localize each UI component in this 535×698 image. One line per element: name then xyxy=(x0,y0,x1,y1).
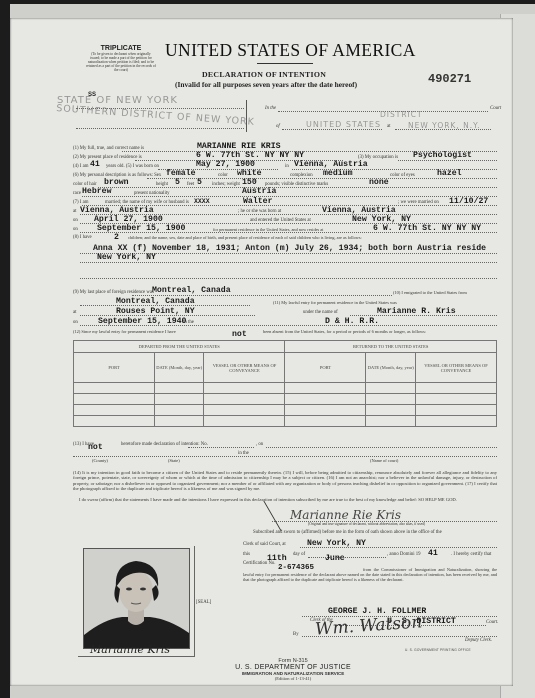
color-value: white xyxy=(237,169,262,178)
birth-date-value: May 27, 1900 xyxy=(196,160,255,169)
col-date-departed: DATE (Month, day, year) xyxy=(155,353,204,383)
printer-label: U. S. GOVERNMENT PRINTING OFFICE xyxy=(405,648,471,652)
signature-stroke xyxy=(223,501,281,531)
county-caption: (County) xyxy=(92,458,108,463)
q13-in-the-label: in the xyxy=(238,451,249,456)
q13-number-line xyxy=(188,447,254,448)
sex-value: female xyxy=(166,169,195,178)
foreign-line xyxy=(132,295,392,296)
department-label: U. S. DEPARTMENT OF JUSTICE xyxy=(228,664,358,671)
children-line-1: Anna XX (f) November 18, 1931; Anton (m)… xyxy=(93,244,486,253)
color-label: color xyxy=(218,173,228,178)
under-name-label: under the name of xyxy=(303,310,338,315)
of-label: of xyxy=(276,124,280,129)
photo-frame xyxy=(78,546,195,657)
stamp-court-city: NEW YORK, N.Y. xyxy=(408,121,481,130)
month-line xyxy=(308,557,386,558)
table-row xyxy=(74,383,497,394)
emigrated-line xyxy=(80,305,250,306)
travel-table: DEPARTED FROM THE UNITED STATES RETURNED… xyxy=(73,340,497,427)
at-label: at xyxy=(387,124,390,129)
full-name-value: MARIANNE RIE KRIS xyxy=(197,142,281,151)
stamp-district: SOUTHERN DISTRICT OF NEW YORK xyxy=(56,103,255,128)
spouse-entry-on-label: on xyxy=(73,227,78,232)
eyes-label: color of eyes xyxy=(390,173,415,178)
race-value: Hebrew xyxy=(82,187,111,196)
nationality-value: Austria xyxy=(242,187,276,196)
hair-value: brown xyxy=(104,178,129,187)
height-in-value: 5 xyxy=(197,178,202,187)
entry-port-line xyxy=(80,315,255,316)
complexion-value: medium xyxy=(323,169,352,178)
court-suffix-label: Court. xyxy=(486,620,498,625)
swear-paragraph: I do swear (affirm) that the statements … xyxy=(73,497,497,502)
venue-brace xyxy=(246,100,247,132)
q12-rest: been absent from the United States, for … xyxy=(263,329,426,334)
race-line xyxy=(82,196,497,197)
signature-caption: (Original and true signature of declaran… xyxy=(308,522,425,527)
this-label: this xyxy=(243,552,250,557)
q12-value: not xyxy=(232,330,247,339)
declaration-number: 490271 xyxy=(428,72,471,86)
copy-label: TRIPLICATE xyxy=(86,45,156,52)
cert-label: Certification No. xyxy=(243,561,276,566)
complexion-label: complexion xyxy=(290,173,313,178)
q4-label: (4) I am xyxy=(73,164,88,169)
eyes-value: hazel xyxy=(437,169,462,178)
col-port-returned: PORT xyxy=(285,353,366,383)
venue-line-1 xyxy=(76,108,244,109)
entry-date-line xyxy=(80,325,497,326)
day-of-label: day of xyxy=(293,552,305,557)
copy-note: (To be given to declarant when originall… xyxy=(86,52,156,72)
occupation-line xyxy=(398,160,497,161)
form-subtitle: DECLARATION OF INTENTION xyxy=(202,70,326,79)
entry-name-line xyxy=(350,315,497,316)
title-rule xyxy=(257,63,313,64)
in-the-label: In the xyxy=(265,106,276,111)
table-row xyxy=(74,416,497,427)
residence-value: 6 W. 77th St. NY NY NY xyxy=(196,151,304,160)
departed-header: DEPARTED FROM THE UNITED STATES xyxy=(74,341,285,353)
col-vessel-departed: VESSEL OR OTHER MEANS OF CONVEYANCE xyxy=(204,353,285,383)
col-port-departed: PORT xyxy=(74,353,155,383)
q13-on-label: , on xyxy=(256,442,263,447)
clerk-city-label: Clerk of said Court, at xyxy=(243,542,286,547)
copy-block: TRIPLICATE (To be given to declarant whe… xyxy=(86,45,156,72)
q8-label: (8) I have xyxy=(73,235,92,240)
state-caption: (State) xyxy=(168,458,180,463)
photo-signature: Marianne Kris xyxy=(90,643,170,656)
birth-place-value: Vienna, Austria xyxy=(294,160,368,169)
year-value: 41 xyxy=(428,549,438,558)
certify-label: . I hereby certify that xyxy=(451,552,491,557)
marks-value: none xyxy=(369,178,389,187)
of-line xyxy=(282,129,382,130)
spouse-on-label: on xyxy=(73,218,78,223)
foreign-residence-value: Montreal, Canada xyxy=(152,286,231,295)
page-title: UNITED STATES OF AMERICA xyxy=(165,40,416,61)
q11-label: (11) My lawful entry for permanent resid… xyxy=(273,300,397,305)
court-caption: (Name of court) xyxy=(370,458,398,463)
table-row xyxy=(74,405,497,416)
validity-note: (Invalid for all purposes seven years af… xyxy=(175,80,357,89)
court-label: Court xyxy=(490,106,501,111)
month-value: June xyxy=(325,554,345,563)
q13-date-line xyxy=(266,447,497,448)
hair-line xyxy=(98,187,497,188)
by-label: By xyxy=(293,632,299,637)
returned-header: RETURNED TO THE UNITED STATES xyxy=(285,341,497,353)
married-on-label: ; we were married on xyxy=(398,200,439,205)
edition-label: (Edition of 1-13-41) xyxy=(228,676,358,681)
q13-court-line xyxy=(73,456,497,457)
deputy-label: Deputy Clerk. xyxy=(465,638,492,643)
marriage-date-value: 11/10/27 xyxy=(449,197,488,206)
col-vessel-returned: VESSEL OR OTHER MEANS OF CONVEYANCE xyxy=(415,353,496,383)
children-rule-3 xyxy=(80,278,497,279)
table-row xyxy=(74,394,497,405)
stamp-court-us: UNITED STATES xyxy=(306,120,381,129)
cert-text: from the Commissioner of Immigration and… xyxy=(243,567,497,582)
years-old-label: years old. (5) I was born on xyxy=(106,164,159,169)
entry-on-label: on xyxy=(73,320,78,325)
anno-label: , anno Domini 19 xyxy=(387,552,421,557)
feet-label: feet xyxy=(187,182,194,187)
children-count-value: 2 xyxy=(114,233,119,242)
inches-label: inches; weight xyxy=(212,182,240,187)
age-value: 41 xyxy=(90,160,100,169)
children-rule-2 xyxy=(80,262,497,263)
in-label: in xyxy=(285,164,289,169)
q12-label: (12) Since my lawful entry for permanent… xyxy=(73,329,176,334)
race-label: race xyxy=(73,191,81,196)
venue-line-2 xyxy=(76,128,244,129)
subscribed-text: Subscribed and sworn to (affirmed) befor… xyxy=(253,530,442,535)
marriage-at-label: at xyxy=(73,209,76,214)
q2-label: (2) My present place of residence is xyxy=(73,155,142,160)
footer-block: Form N-315 U. S. DEPARTMENT OF JUSTICE I… xyxy=(228,658,358,681)
weight-value: 150 xyxy=(242,178,257,187)
seal-label: [SEAL] xyxy=(196,600,211,605)
entry-at-label: at xyxy=(73,310,76,315)
declarant-signature: Marianne Rie Kris xyxy=(290,508,401,522)
q13-value: not xyxy=(88,443,103,452)
q10-label: (10) I emigrated to the United States fr… xyxy=(393,290,467,295)
spouse-residence-line xyxy=(80,232,497,233)
height-ft-value: 5 xyxy=(175,178,180,187)
declaration-document: TRIPLICATE (To be given to declarant whe… xyxy=(10,18,513,686)
stamp-court-district: DISTRICT xyxy=(380,110,423,119)
height-label: height xyxy=(156,182,168,187)
children-line-2: New York, NY xyxy=(97,253,156,262)
col-date-returned: DATE (Month, day, year) xyxy=(366,353,415,383)
occupation-value: Psychologist xyxy=(413,151,472,160)
oath-paragraph: (14) It is my intention in good faith to… xyxy=(73,470,497,491)
clerk-city-line xyxy=(300,547,497,548)
marital-mark: XXXX xyxy=(194,198,210,205)
children-label: children; and the name, sex, date and pl… xyxy=(128,235,362,240)
